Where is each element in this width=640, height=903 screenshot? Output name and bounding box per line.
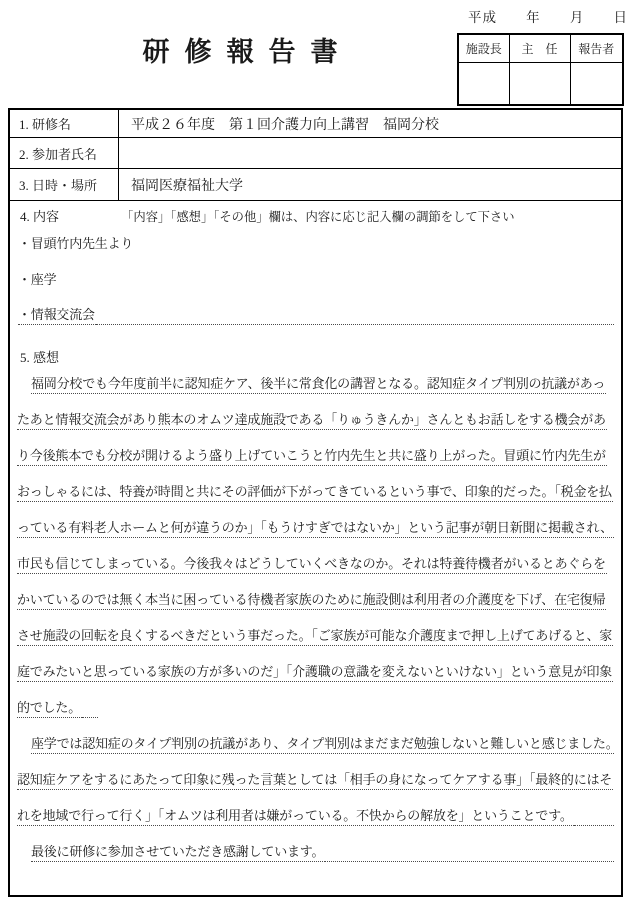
approval-seal-cell-facility-director (458, 62, 509, 105)
field-row-participants: 2. 参加者氏名 (10, 138, 621, 169)
approval-seal-cell-reporter (570, 62, 623, 105)
year-label: 年 (526, 6, 541, 26)
field-value: 福岡医療福祉大学 (119, 169, 621, 200)
impression-line: 的でした。 (17, 682, 614, 718)
content-bullet: ・情報交流会 (18, 289, 614, 325)
impression-line: おっしゃるには、特養が時間と共にその評価が下がってきているという事で、印象的だっ… (17, 466, 614, 502)
approval-signature-row (458, 62, 623, 105)
approval-header-row: 施設長 主 任 報告者 (458, 34, 623, 62)
impression-line: 認知症ケアをするにあたって印象に残った言葉としては「相手の身になってケアする事」… (17, 754, 614, 790)
impression-line: 座学では認知症のタイプ判別の抗議があり、タイプ判別はまだまだ勉強しないと難しいと… (17, 718, 614, 754)
field-label: 3. 日時・場所 (10, 169, 119, 200)
impression-line: 最後に研修に参加させていただき感謝しています。 (17, 826, 614, 862)
impression-line: 庭でみたいと思っている家族の方が多いのだ」「介護職の意識を変えないといけない」と… (17, 646, 614, 682)
content-bullet-list: ・冒頭竹内先生より ・座学 ・情報交流会 (18, 217, 614, 325)
approval-header-facility-director: 施設長 (458, 34, 509, 62)
field-value (119, 138, 621, 168)
impression-line: たあと情報交流会があり熊本のオムツ達成施設である「りゅうきんか」さんともお話しを… (17, 394, 614, 430)
impressions-text: 福岡分校でも今年度前半に認知症ケア、後半に常食化の講習となる。認知症タイプ判別の… (17, 358, 614, 862)
date-line: 平成 年 月 日 (468, 6, 628, 26)
approval-header-reporter: 報告者 (570, 34, 623, 62)
impression-line: り今後熊本でも分校が開けるよう盛り上げていこうと竹内先生と共に盛り上がった。冒頭… (17, 430, 614, 466)
field-row-training-name: 1. 研修名 平成２６年度 第１回介護力向上講習 福岡分校 (10, 110, 621, 138)
report-table: 1. 研修名 平成２６年度 第１回介護力向上講習 福岡分校 2. 参加者氏名 3… (8, 108, 623, 897)
content-bullet: ・冒頭竹内先生より (18, 217, 614, 253)
page-title: 研修報告書 (95, 30, 385, 69)
approval-table: 施設長 主 任 報告者 (457, 33, 624, 106)
report-page: 平成 年 月 日 研修報告書 施設長 主 任 報告者 1. 研修名 平成２６年度… (0, 0, 640, 903)
content-bullet: ・座学 (18, 253, 614, 289)
impression-line: っている有料老人ホームと何が違うのか」「もうけすぎではないか」という記事が朝日新… (17, 502, 614, 538)
field-value: 平成２６年度 第１回介護力向上講習 福岡分校 (119, 110, 621, 137)
era-label: 平成 (468, 6, 497, 26)
impression-line: させ施設の回転を良くするべきだという事だった。「ご家族が可能な介護度まで押し上げ… (17, 610, 614, 646)
impression-line: 福岡分校でも今年度前半に認知症ケア、後半に常食化の講習となる。認知症タイプ判別の… (17, 358, 614, 394)
impression-line: 市民も信じてしまっている。今後我々はどうしていくべきなのか。それは特養待機者がい… (17, 538, 614, 574)
impression-line: かいているのでは無く本当に困っている待機者家族のために施設側は利用者の介護度を下… (17, 574, 614, 610)
field-row-date-place: 3. 日時・場所 福岡医療福祉大学 (10, 169, 621, 201)
field-label: 2. 参加者氏名 (10, 138, 119, 168)
day-label: 日 (613, 6, 628, 26)
approval-seal-cell-chief (509, 62, 570, 105)
approval-header-chief: 主 任 (509, 34, 570, 62)
field-label: 1. 研修名 (10, 110, 119, 137)
month-label: 月 (570, 6, 585, 26)
impression-line: れを地域で行って行く」「オムツは利用者は嫌がっている。不快からの解放を」というこ… (17, 790, 614, 826)
